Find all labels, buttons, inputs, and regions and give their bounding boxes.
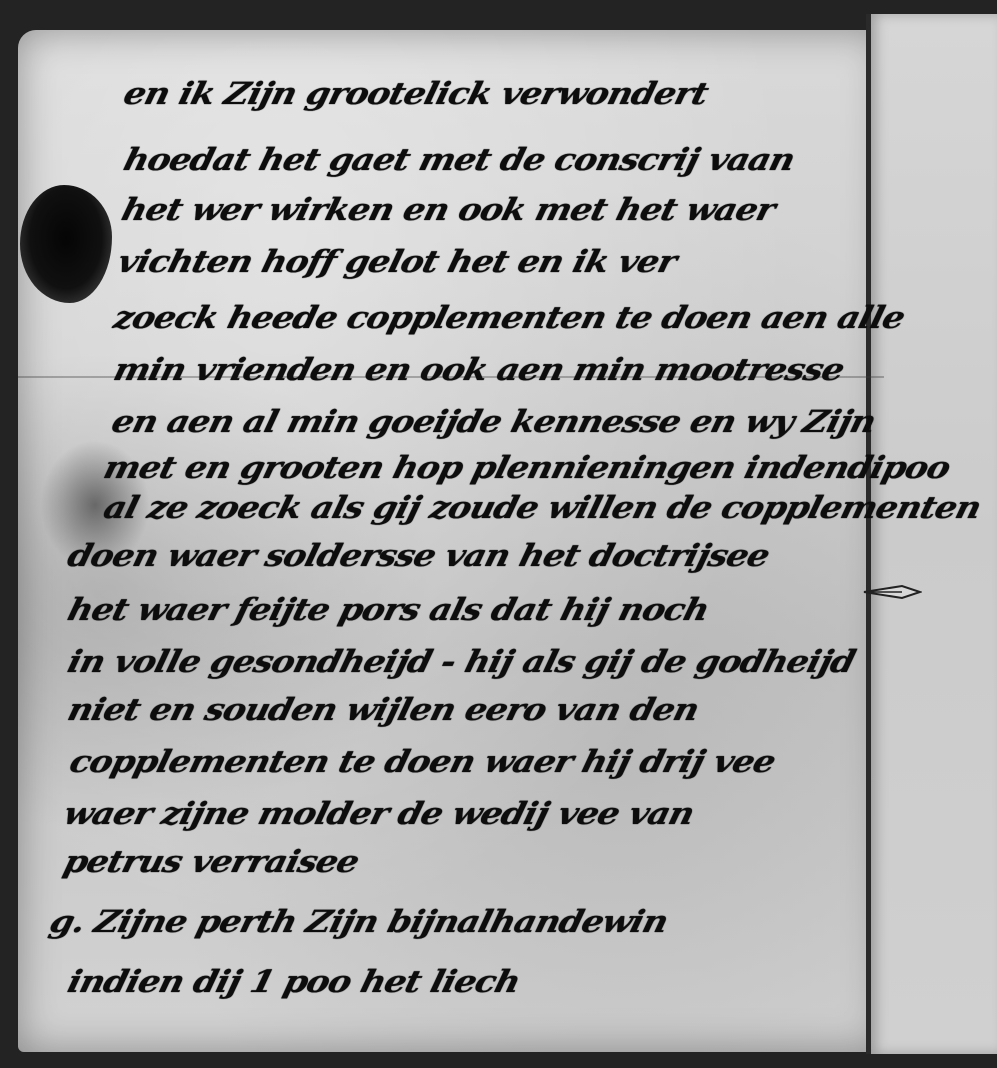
manuscript-line: min vrienden en ook aen min mootresse — [110, 352, 847, 388]
manuscript-line: en aen al min goeijde kennesse en wy Zij… — [108, 404, 879, 440]
manuscript-line: copplementen te doen waer hij drij vee — [66, 744, 779, 780]
adjacent-page-edge — [868, 14, 997, 1054]
manuscript-line: met en grooten hop plennieningen indendi… — [100, 450, 953, 486]
manuscript-line: waer zijne molder de wedij vee van — [60, 796, 697, 832]
manuscript-line: g. Zijne perth Zijn bijnalhandewin — [46, 904, 671, 940]
manuscript-line: het waer feijte pors als dat hij noch — [64, 592, 712, 628]
margin-arrow-icon — [862, 580, 922, 604]
manuscript-line: vichten hoff gelot het en ik ver — [114, 244, 680, 280]
manuscript-line: petrus verraisee — [60, 844, 362, 880]
ink-blot — [20, 185, 112, 303]
manuscript-line: en ik Zijn grootelick verwondert — [120, 76, 711, 112]
manuscript-line: indien dij 1 poo het liech — [64, 964, 524, 1000]
manuscript-line: zoeck heede copplementen te doen aen all… — [110, 300, 908, 336]
manuscript-line: hoedat het gaet met de conscrij vaan — [120, 142, 798, 178]
manuscript-line: al ze zoeck als gij zoude willen de copp… — [100, 490, 984, 526]
manuscript-line: doen waer soldersse van het doctrijsee — [64, 538, 773, 574]
page-gutter — [866, 14, 871, 1054]
manuscript-line: in volle gesondheijd - hij als gij de go… — [64, 644, 858, 680]
manuscript-line: het wer wirken en ook met het waer — [118, 192, 778, 228]
manuscript-line: niet en souden wijlen eero van den — [64, 692, 702, 728]
